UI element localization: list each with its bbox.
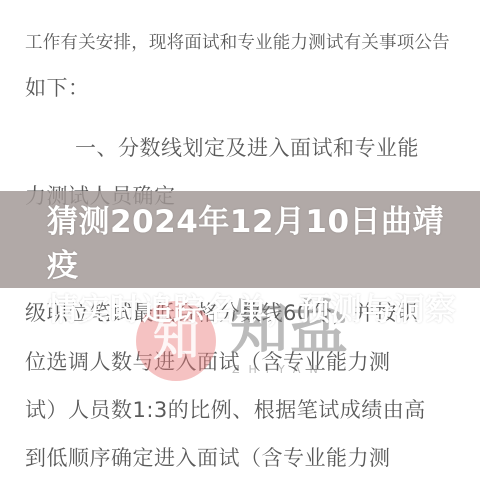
- overlay-title-line-2: 情实时追踪名单，预测与洞察: [47, 288, 467, 332]
- document-line: 如下：: [25, 75, 90, 101]
- document-line: 工作有关安排，现将面试和专业能力测试有关事项公告: [25, 30, 450, 56]
- document-line: 到低顺序确定进入面试（含专业能力测: [25, 445, 391, 471]
- overlay-title-line-1: 猜测2024年12月10日曲靖疫: [47, 200, 467, 288]
- overlay-title: 猜测2024年12月10日曲靖疫 情实时追踪名单，预测与洞察: [47, 200, 467, 332]
- section-heading: 一、分数线划定及进入面试和专业能: [75, 135, 419, 161]
- document-line: 试）人员数1:3的比例、根据笔试成绩由高: [25, 397, 426, 423]
- document-line: 位选调人数与进入面试（含专业能力测: [25, 349, 391, 375]
